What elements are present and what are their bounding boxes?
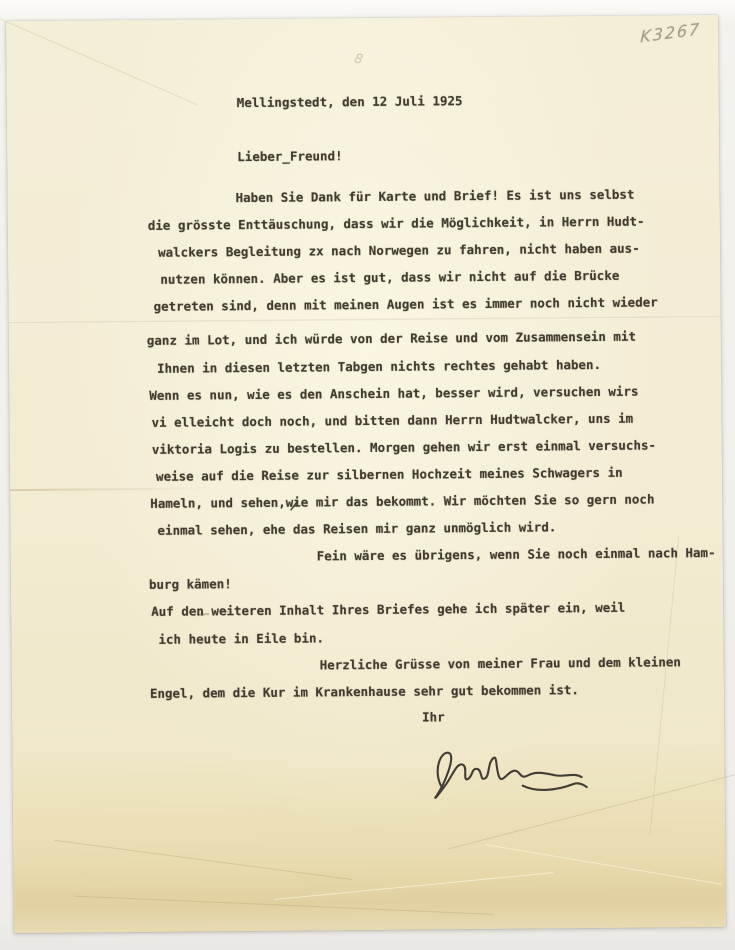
wrinkle-line [274, 872, 553, 900]
faint-pencil-mark: 8 [353, 51, 365, 68]
wrinkle-line [0, 17, 197, 106]
typed-line: viktoria Logis zu bestellen. Morgen gehe… [152, 431, 715, 463]
typed-line: ganz im Lot, und ich würde von der Reise… [147, 322, 714, 354]
wrinkle-line [485, 844, 722, 885]
letter-salutation: Lieber_Freund! [237, 148, 342, 164]
letter-dateline: Mellingstedt, den 12 Juli 1925 [237, 93, 463, 110]
typed-line: Engel, dem die Kur im Krankenhause sehr … [150, 675, 717, 707]
handwritten-signature-icon [424, 742, 595, 813]
letter-paper: K3267 8 Mellingstedt, den 12 Juli 1925 L… [6, 15, 726, 933]
typed-line: Haben Sie Dank für Karte und Brief! Es i… [235, 180, 712, 211]
typed-line: walckers Begleitung zx nach Norwegen zu … [158, 234, 713, 266]
letter-closing: Ihr [422, 709, 445, 724]
typed-line: Hameln, und sehen,wie mir das bekommt. W… [150, 485, 715, 517]
letter-body: Haben Sie Dank für Karte und Brief! Es i… [145, 180, 716, 707]
wrinkle-line [55, 840, 353, 880]
typed-line: Herzliche Grüsse von meiner Frau und dem… [320, 648, 717, 679]
typed-line: Fein wäre es übrigens, wenn Sie noch ein… [317, 539, 716, 570]
archival-number-pencil: K3267 [640, 19, 702, 46]
wrinkle-line [74, 896, 494, 915]
scanned-letter-page: { "letter": { "dateline": "Mellingstedt,… [0, 0, 735, 950]
typed-line: getreten sind, denn mit meinen Augen ist… [153, 288, 713, 320]
